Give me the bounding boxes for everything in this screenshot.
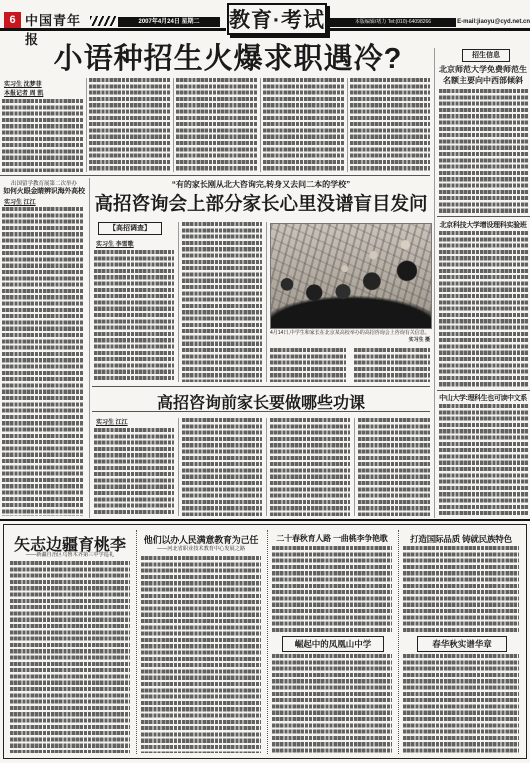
editor-strip: 本版编辑/堵力 Tel:(010)-64098266 xyxy=(330,18,456,27)
photo-credit: 实习生 摄 xyxy=(409,337,430,344)
photo-caption-text: 4月14日,中学生和家长在北京某高校举办的高招咨询会上咨询有关信息。 xyxy=(270,330,430,336)
body-text-block xyxy=(141,556,261,753)
lead-byline-1: 实习生 沈梦菲 xyxy=(4,79,42,88)
section-divider-rule xyxy=(0,175,430,176)
body-text-block xyxy=(182,418,262,516)
sidebar-story1-headline-line2: 名额主要向中西部倾斜 xyxy=(438,75,528,86)
consultation-fair-photo xyxy=(270,223,432,329)
page-number-box: 6 xyxy=(4,12,21,28)
body-text-block xyxy=(272,654,392,753)
abroad-headline: 如何火眼金睛辨识海外高校 xyxy=(2,186,86,196)
header-rule-right xyxy=(326,28,530,31)
body-text-block xyxy=(10,561,130,753)
lead-headline: 小语种招生火爆求职遇冷? xyxy=(0,36,456,77)
abroad-byline: 实习生 江江 xyxy=(4,197,36,206)
bottom-col2-subtitle: ——河北省职业技术教育中心发展之路 xyxy=(139,545,263,552)
body-text-block xyxy=(403,546,519,632)
photo-caption: 4月14日,中学生和家长在北京某高校举办的高招咨询会上咨询有关信息。 实习生 摄 xyxy=(270,330,430,344)
body-text-block xyxy=(439,404,528,516)
column-rule xyxy=(266,222,267,382)
body-text-block xyxy=(439,231,528,387)
column-rule xyxy=(178,418,179,516)
section-title: 教育·考试 xyxy=(229,4,325,34)
newspaper-page: 6 中国青年报 2007年4月24日 星期二 教育·考试 本版编辑/堵力 Tel… xyxy=(0,0,530,763)
sidebar-label-box: 招生信息 xyxy=(462,49,510,62)
column-rule xyxy=(173,78,174,172)
column-rule xyxy=(178,222,179,382)
consult-byline: 实习生 李雪歌 xyxy=(96,239,134,248)
homework-headline: 高招咨询前家长要做哪些功课 xyxy=(92,390,430,413)
bottom-column-rule xyxy=(136,530,137,754)
bottom-col4-boxed-title: 春华秋实谱华章 xyxy=(417,636,507,652)
sidebar-story2-headline: 北京科技大学增设理科实验班 xyxy=(438,220,528,230)
sidebar-story1-headline-line1: 北京师范大学免费师范生 xyxy=(438,64,528,75)
body-text-block xyxy=(2,99,84,172)
sidebar-rule xyxy=(434,48,435,518)
consult-column-label: 【高招调查】 xyxy=(98,222,162,235)
bottom-column-rule xyxy=(267,530,268,754)
bottom-column-rule xyxy=(398,530,399,754)
column-rule xyxy=(354,418,355,516)
bottom-col3-boxed-title: 崛起中的凤凰山中学 xyxy=(282,636,384,652)
body-text-block xyxy=(350,78,430,172)
body-text-block xyxy=(94,428,174,516)
column-rule xyxy=(89,178,90,518)
body-text-block xyxy=(354,348,430,382)
sidebar-divider xyxy=(437,390,530,391)
column-rule xyxy=(266,418,267,516)
body-text-block xyxy=(263,78,345,172)
body-text-block xyxy=(439,89,528,214)
column-rule xyxy=(347,78,348,172)
body-text-block xyxy=(94,250,174,382)
body-text-block xyxy=(2,207,84,516)
section-title-box: 教育·考试 xyxy=(227,3,327,35)
body-text-block xyxy=(270,348,346,382)
lead-byline-2: 本报记者 周 凯 xyxy=(4,88,43,97)
consult-headline: 高招咨询会上部分家长心里没谱盲目发问 xyxy=(92,190,430,216)
body-text-block xyxy=(403,654,519,753)
email-address: E-mail:jiaoyu@cyd.net.cn xyxy=(456,19,530,27)
date-bar: 2007年4月24日 星期二 xyxy=(118,17,220,27)
header-rule-left xyxy=(0,28,226,31)
sidebar-divider xyxy=(437,216,530,217)
homework-byline: 实习生 江江 xyxy=(96,417,128,426)
bottom-col1-subtitle: ——新疆自治区乌鲁木齐第三中学巡礼 xyxy=(8,551,132,558)
bottom-col4-headline: 打造国际品质 铸就民族特色 xyxy=(402,533,520,545)
column-rule xyxy=(260,78,261,172)
body-text-block xyxy=(89,78,171,172)
page-number: 6 xyxy=(9,14,15,26)
masthead-logo: 中国青年报 xyxy=(25,10,89,28)
homework-rule-top xyxy=(92,386,430,387)
sidebar-story3-headline: 中山大学:理科生也可读中文系 xyxy=(438,393,528,403)
body-text-block xyxy=(176,78,258,172)
bottom-col3-headline: 二十春秋育人路 一曲桃李争艳歌 xyxy=(271,533,393,544)
bottom-section-rule xyxy=(0,519,530,521)
homework-rule-bottom xyxy=(92,411,430,412)
body-text-block xyxy=(270,418,350,516)
column-rule xyxy=(86,78,87,172)
body-text-block xyxy=(272,546,392,632)
consult-quote-deck: “有的家长刚从北大咨询完,转身又去问二本的学校” xyxy=(92,179,430,190)
masthead-hatch-decoration xyxy=(90,16,116,26)
body-text-block xyxy=(182,222,262,382)
body-text-block xyxy=(358,418,430,516)
